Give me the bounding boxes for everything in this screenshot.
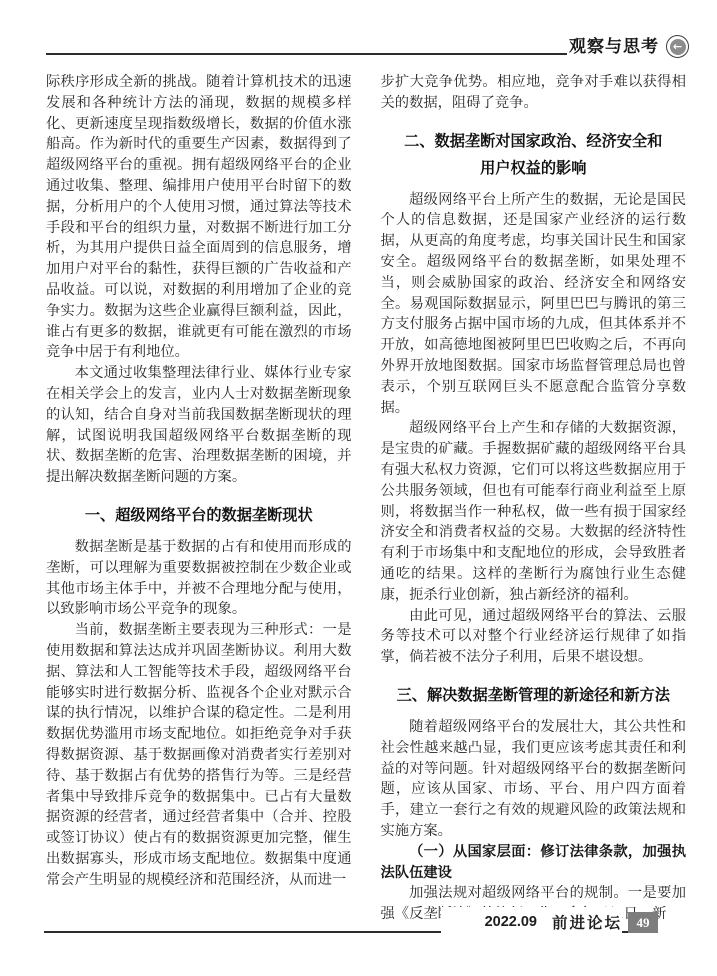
section-heading: 三、解决数据垄断管理的新途径和新方法	[381, 682, 687, 709]
left-arrow-glyph: ←	[670, 39, 686, 55]
section-heading: 一、超级网络平台的数据垄断现状	[46, 502, 352, 529]
issue-date: 2022.09	[485, 914, 537, 930]
paragraph: 超级网络平台上所产生的数据，无论是国民个人的信息数据，还是国家产业经济的运行数据…	[381, 190, 687, 419]
article-body: 际秩序形成全新的挑战。随着计算机技术的迅速发展和各种统计方法的涌现，数据的规模多…	[46, 72, 686, 925]
paragraph: 数据垄断是基于数据的占有和使用而形成的垄断，可以理解为重要数据被控制在少数企业或…	[46, 537, 352, 620]
paragraph: 当前，数据垄断主要表现为三种形式：一是使用数据和算法达成并巩固垄断协议。利用大数…	[46, 620, 352, 890]
magazine-page: 观察与思考 ← 际秩序形成全新的挑战。随着计算机技术的迅速发展和各种统计方法的涌…	[0, 0, 717, 976]
journal-name: 前进论坛	[552, 911, 622, 933]
paragraph: 步扩大竞争优势。相应地，竞争对手难以获得相关的数据，阻碍了竞争。	[381, 72, 687, 114]
page-header: 观察与思考 ←	[46, 31, 689, 59]
paragraph: 本文通过收集整理法律行业、媒体行业专家在相关学会上的发言，业内人士对数据垄断现象…	[46, 363, 352, 488]
paragraph: 由此可见，通过超级网络平台的算法、云服务等技术可以对整个行业经济运行规律了如指掌…	[381, 606, 687, 668]
right-column: 步扩大竞争优势。相应地，竞争对手难以获得相关的数据，阻碍了竞争。二、数据垄断对国…	[381, 72, 687, 925]
paragraph: 超级网络平台上产生和存储的大数据资源，是宝贵的矿藏。手握数据矿藏的超级网络平台具…	[381, 418, 687, 605]
circled-left-arrow-icon: ←	[666, 35, 689, 58]
sub-heading-paragraph: （一）从国家层面：修订法律条款，加强执法队伍建设	[381, 842, 687, 884]
paragraph: 际秩序形成全新的挑战。随着计算机技术的迅速发展和各种统计方法的涌现，数据的规模多…	[46, 72, 352, 363]
footer-label: 2022.09 前进论坛	[441, 907, 622, 937]
paragraph: 随着超级网络平台的发展壮大，其公共性和社会性越来越凸显，我们更应该考虑其责任和利…	[381, 717, 687, 842]
left-column: 际秩序形成全新的挑战。随着计算机技术的迅速发展和各种统计方法的涌现，数据的规模多…	[46, 72, 352, 925]
header-rule	[46, 53, 567, 55]
section-label: 观察与思考	[569, 34, 659, 59]
page-number-badge: 49	[628, 912, 658, 933]
section-heading: 二、数据垄断对国家政治、经济安全和 用户权益的影响	[381, 128, 687, 182]
page-footer: 2022.09 前进论坛 49	[0, 907, 717, 937]
